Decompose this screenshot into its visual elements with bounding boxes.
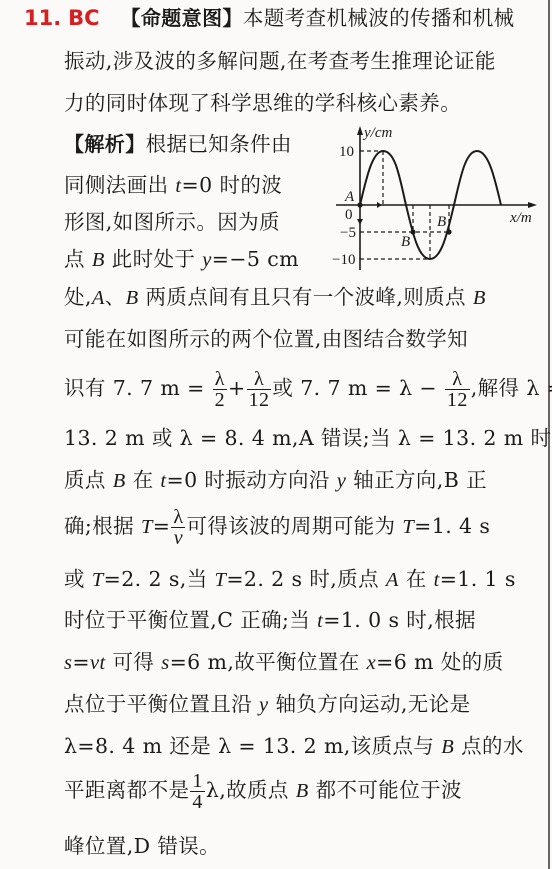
intent-text: 本题考查机械波的传播和机械 — [243, 6, 515, 30]
analysis-line-2: 同侧法画出 t=0 时的波 — [64, 171, 282, 200]
analysis-line-15: λ=8. 4 m 还是 λ = 13. 2 m,该质点与 B 点的水 — [64, 732, 524, 761]
var-B: B — [113, 470, 126, 492]
wave-figure: y/cm x/m 10 A 0 −5 −10 B B — [320, 120, 552, 280]
analysis-line-17: 峰位置,D 错误。 — [64, 832, 220, 860]
denominator: 4 — [190, 792, 204, 812]
text: 平距离都不是 — [64, 778, 189, 802]
numerator: λ — [171, 507, 185, 528]
x-axis-label: x/m — [509, 210, 532, 226]
analysis-line-9: 质点 B 在 t=0 时振动方向沿 y 轴正方向,B 正 — [64, 466, 487, 495]
tick-10: 10 — [339, 144, 354, 160]
analysis-line-6: 可能在如图所示的两个位置,由图结合数学知 — [64, 325, 468, 353]
var-B: B — [441, 736, 454, 758]
analysis-line-4: 点 B 此时处于 y=−5 cm — [64, 245, 299, 274]
denominator: 12 — [445, 390, 470, 410]
var-x: x — [367, 652, 377, 674]
numerator: λ — [247, 369, 272, 390]
var-y: y — [259, 694, 269, 716]
text: 两质点间有且只有一个波峰,则质点 — [139, 285, 473, 309]
text: + — [228, 376, 246, 400]
text: 同侧法画出 — [64, 173, 175, 197]
text: 轴正方向,B 正 — [346, 468, 487, 492]
analysis-line-10: 确;根据 T=λv可得该波的周期可能为 T=1. 4 s — [64, 502, 490, 551]
text: 识有 7. 7 m = — [64, 376, 212, 400]
intent-line-3: 力的同时体现了科学思维的学科核心素养。 — [64, 89, 461, 117]
text: =0 时的波 — [182, 173, 283, 197]
analysis-line-16: 平距离都不是14λ,故质点 B 都不可能位于波 — [64, 766, 462, 815]
text: 或 7. 7 m = λ − — [272, 376, 444, 400]
text: =6 m,故平衡位置在 — [170, 650, 367, 674]
var-y: y — [337, 470, 347, 492]
var-vt: vt — [90, 652, 106, 674]
analysis-line-1: 【解析】根据已知条件由 — [64, 130, 292, 158]
text: =6 m 处的质 — [376, 650, 503, 674]
text: 都不可能位于波 — [309, 778, 462, 802]
var-y: y — [202, 249, 212, 271]
numerator: λ — [213, 369, 227, 390]
numerator: λ — [445, 369, 470, 390]
text: 或 — [64, 567, 92, 591]
numerator: 1 — [190, 771, 204, 792]
text: 质点 — [64, 468, 113, 492]
analysis-line-11: 或 T=2. 2 s,当 T=2. 2 s 时,质点 A 在 t=1. 1 s — [64, 565, 516, 594]
text: =2. 2 s 时,质点 — [226, 567, 386, 591]
text: =2. 2 s,当 — [104, 567, 215, 591]
text: 、 — [105, 285, 126, 309]
var-T: T — [402, 516, 414, 538]
text: =1. 1 s — [440, 567, 516, 591]
text: 可得 — [106, 650, 162, 674]
text: =1. 0 s 时,根据 — [323, 608, 476, 632]
text: 此时处于 — [105, 247, 202, 271]
var-B: B — [126, 287, 139, 309]
text: = — [153, 514, 171, 538]
text: 点的水 — [454, 734, 524, 758]
text: 时位于平衡位置,C 正确;当 — [64, 608, 317, 632]
fraction-lambda-over-12: λ12 — [445, 369, 470, 410]
text: 轴负方向运动,无论是 — [269, 692, 471, 716]
text: 可得该波的周期可能为 — [186, 514, 402, 538]
fraction-lambda-over-v: λv — [171, 507, 185, 548]
analysis-text: 根据已知条件由 — [146, 132, 292, 156]
fraction-lambda-over-12: λ12 — [247, 369, 272, 410]
var-B: B — [296, 780, 309, 802]
y-axis-label: y/cm — [362, 125, 392, 141]
point-B1-label: B — [401, 234, 410, 250]
intent-tag: 【命题意图】 — [120, 6, 242, 30]
text: 点 — [64, 247, 92, 271]
text: =1. 4 s — [414, 514, 490, 538]
question-number: 11. — [24, 6, 61, 30]
text: 处, — [64, 285, 92, 309]
var-s: s — [161, 652, 169, 674]
var-T: T — [92, 569, 104, 591]
analysis-line-13: s=vt 可得 s=6 m,故平衡位置在 x=6 m 处的质 — [64, 648, 504, 677]
question-header: 11. BC 【命题意图】本题考查机械波的传播和机械 — [24, 4, 515, 32]
text: 确;根据 — [64, 514, 141, 538]
analysis-line-3: 形图,如图所示。因为质 — [64, 208, 280, 236]
tick-neg5: −5 — [340, 225, 356, 241]
denominator: v — [171, 528, 185, 548]
text: =−5 cm — [212, 247, 299, 271]
point-A-label: A — [344, 189, 355, 205]
text: =0 时振动方向沿 — [167, 468, 337, 492]
tick-neg10: −10 — [332, 252, 355, 268]
analysis-line-14: 点位于平衡位置且沿 y 轴负方向运动,无论是 — [64, 690, 470, 719]
text: ,解得 λ = — [471, 376, 552, 400]
text: λ=8. 4 m 还是 λ = 13. 2 m,该质点与 — [64, 734, 441, 758]
analysis-line-7: 识有 7. 7 m = λ2+λ12或 7. 7 m = λ − λ12,解得 … — [64, 364, 552, 412]
var-B: B — [473, 287, 486, 309]
origin-label: 0 — [345, 207, 353, 223]
denominator: 2 — [213, 390, 227, 410]
var-T: T — [141, 516, 153, 538]
text: 在 — [126, 468, 161, 492]
text: λ,故质点 — [206, 778, 296, 802]
var-T: T — [215, 569, 227, 591]
fraction-one-quarter: 14 — [190, 771, 204, 812]
text: = — [72, 650, 90, 674]
text: 在 — [399, 567, 434, 591]
analysis-tag: 【解析】 — [64, 132, 146, 156]
point-B2-label: B — [437, 214, 446, 230]
var-A: A — [386, 569, 399, 591]
var-B: B — [92, 249, 105, 271]
analysis-line-5: 处,A、B 两质点间有且只有一个波峰,则质点 B — [64, 283, 486, 312]
denominator: 12 — [247, 390, 272, 410]
question-answer: BC — [68, 6, 99, 30]
analysis-line-8: 13. 2 m 或 λ = 8. 4 m,A 错误;当 λ = 13. 2 m … — [64, 424, 552, 452]
analysis-line-12: 时位于平衡位置,C 正确;当 t=1. 0 s 时,根据 — [64, 606, 476, 635]
fraction-lambda-over-2: λ2 — [213, 369, 227, 410]
var-A: A — [92, 287, 105, 309]
intent-line-2: 振动,涉及波的多解问题,在考查考生推理论证能 — [64, 47, 496, 75]
text: 点位于平衡位置且沿 — [64, 692, 259, 716]
